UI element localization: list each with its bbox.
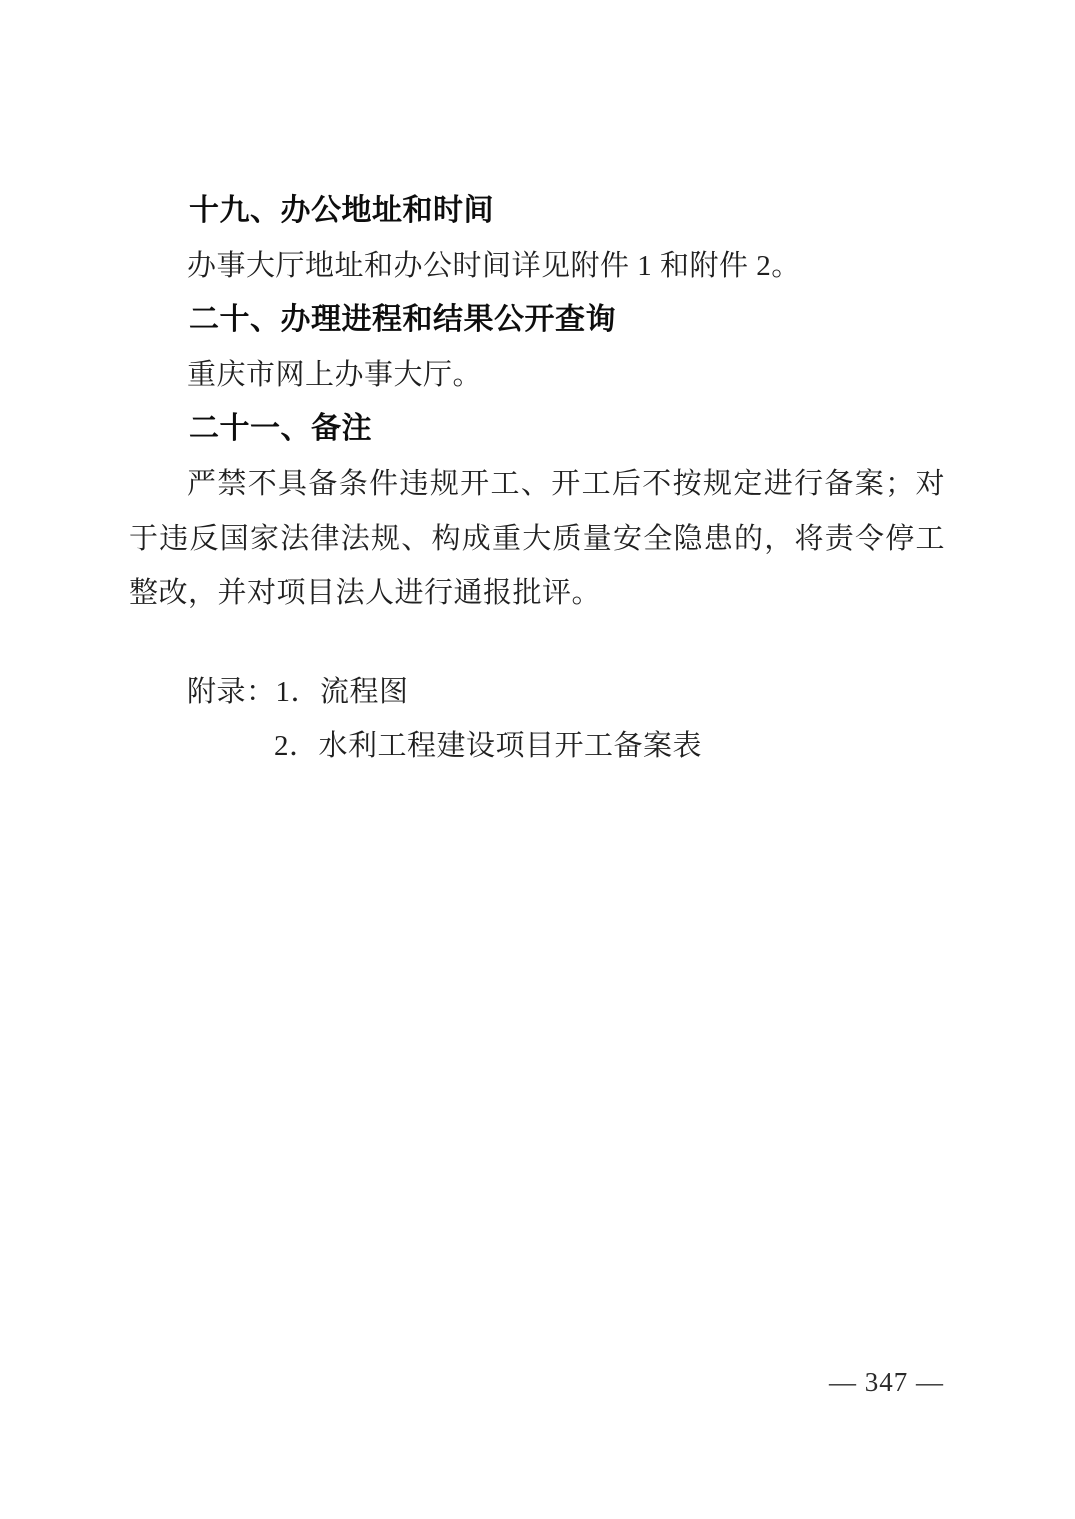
appendix-item-1: 1．流程图 — [276, 676, 409, 708]
section-heading-21: 二十一、备注 — [129, 402, 945, 457]
document-content: 十九、办公地址和时间 办事大厅地址和办公时间详见附件 1 和附件 2。 二十、办… — [129, 184, 945, 774]
section-heading-19: 十九、办公地址和时间 — [129, 184, 945, 239]
appendix-label: 附录： — [187, 676, 276, 708]
appendix-block: 附录：1．流程图 2．水利工程建设项目开工备案表 — [129, 665, 945, 774]
section-body-19: 办事大厅地址和办公时间详见附件 1 和附件 2。 — [129, 239, 945, 294]
appendix-line-1: 附录：1．流程图 — [187, 665, 945, 720]
section-body-20: 重庆市网上办事大厅。 — [129, 348, 945, 403]
appendix-line-2: 2．水利工程建设项目开工备案表 — [187, 719, 945, 774]
appendix-item-2: 2．水利工程建设项目开工备案表 — [274, 730, 702, 762]
page-number: — 347 — — [829, 1367, 944, 1397]
section-heading-20: 二十、办理进程和结果公开查询 — [129, 293, 945, 348]
section-body-21: 严禁不具备条件违规开工、开工后不按规定进行备案；对于违反国家法律法规、构成重大质… — [129, 457, 945, 621]
document-page: 十九、办公地址和时间 办事大厅地址和办公时间详见附件 1 和附件 2。 二十、办… — [0, 0, 1075, 1519]
